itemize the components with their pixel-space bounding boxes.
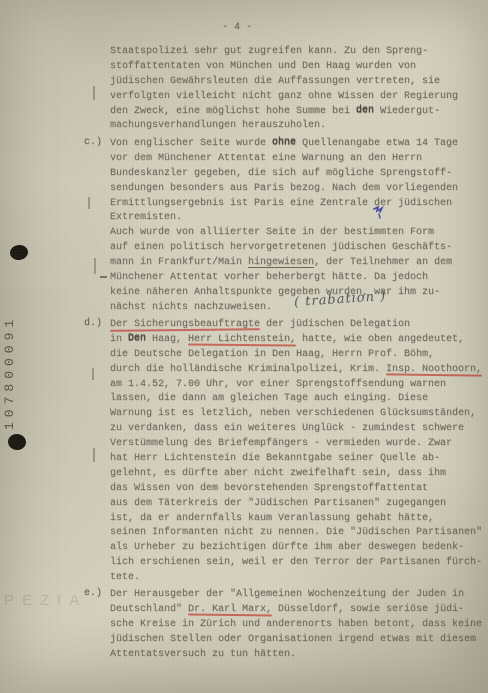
paragraph-e: Der Herausgeber der "Allgemeinen Wochenz… [110, 588, 482, 662]
text-line: Ermittlungsergebnis ist Paris eine Zentr… [110, 197, 458, 212]
text-line: nächst nichts nachzuweisen. [110, 301, 458, 316]
text-line: mann in Frankfurt/Main hingewiesen, der … [110, 256, 458, 271]
text-line: Extremisten. [110, 211, 458, 226]
text-line: Staatspolizei sehr gut zugreifen kann. Z… [110, 45, 458, 60]
pencil-underline-hingewiesen [248, 267, 314, 268]
embossed-watermark: PEZIA [4, 592, 87, 609]
bold-word-den: den [356, 105, 374, 116]
text-line: lassen, die dann am gleichen Tage auch e… [110, 392, 482, 407]
paragraph-label-d: d.) [84, 318, 102, 329]
text-line: verfolgten vielleicht nicht ganz ohne Wi… [110, 90, 458, 105]
paragraph-intro: Staatspolizei sehr gut zugreifen kann. Z… [110, 45, 458, 134]
margin-tick [88, 197, 90, 209]
text-line: Auch wurde von alliierter Seite in der b… [110, 226, 458, 241]
text-line: am 1.4.52, 7.00 Uhr, vor einer Sprengsto… [110, 378, 482, 393]
text-line: seinen Informanten nicht zu nennen. Die … [110, 526, 482, 541]
text-line: machungsverhandlungen herauszuholen. [110, 119, 458, 134]
text-line: die Deutsche Delegation in Den Haag, Her… [110, 348, 482, 363]
text-line: Deutschland" Dr. Karl Marx, Düsseldorf, … [110, 603, 482, 618]
bold-word-ohne: ohne [272, 137, 296, 148]
text-line: in Den Haag, Herr Lichtenstein, hatte, w… [110, 333, 482, 348]
document-page: - 4 - Staatspolizei sehr gut zugreifen k… [0, 0, 488, 693]
text-line: hat Herr Lichtenstein die Bekanntgabe se… [110, 452, 482, 467]
margin-tick [93, 448, 95, 462]
text-line: sendungen besonders aus Paris bezog. Nac… [110, 182, 458, 197]
paragraph-d: Der Sicherungsbeauftragte der jüdischen … [110, 318, 482, 586]
margin-tick [94, 258, 96, 274]
punch-hole-top [9, 244, 29, 261]
text-line: zu verdanken, dass ein weiteres Unglück … [110, 422, 482, 437]
text-line: auf einen politisch hervorgetretenen jüd… [110, 241, 458, 256]
text-line: jüdischen Gewährsleuten die Auffassungen… [110, 75, 458, 90]
margin-tick [92, 368, 94, 380]
bold-word-Den: Den [128, 333, 146, 344]
text-line: den Zweck, eine möglichst hohe Summe bei… [110, 105, 458, 120]
text-line: tete. [110, 571, 482, 586]
margin-tick [93, 86, 95, 100]
text-line: Der Herausgeber der "Allgemeinen Wochenz… [110, 588, 482, 603]
paragraph-c: Von englischer Seite wurde ohne Quellena… [110, 137, 458, 316]
blue-pencil-mark [372, 205, 388, 221]
text-line: als Urheber zu bezichtigen dürfte ihm ab… [110, 541, 482, 556]
text-line: Bundeskanzler gegeben, die sich auf mögl… [110, 167, 458, 182]
text-line: vor dem Münchener Attentat eine Warnung … [110, 152, 458, 167]
text-line: lich erschienen sein, weil er den Terror… [110, 556, 482, 571]
text-line: gelehnt, es dürfte aber nicht zweifelhaf… [110, 467, 482, 482]
archive-stamp-number: 107800091 [2, 260, 22, 430]
text-line: stoffattentaten von München und Den Haag… [110, 60, 458, 75]
text-line: das Wissen von dem bevorstehenden Spreng… [110, 482, 482, 497]
text-line: Verstümmelung des Briefempfängers - verm… [110, 437, 482, 452]
paragraph-label-c: c.) [84, 137, 102, 148]
text-line: Münchener Attentat vorher beherbergt hät… [110, 271, 458, 286]
text-line: Warnung ist es letzlich, neben verschied… [110, 407, 482, 422]
text-line: Attentatsversuch zu tun hätten. [110, 648, 482, 663]
text-line: ist, da er andernfalls kaum Veranlassung… [110, 512, 482, 527]
text-line: sche Kreise in Zürich und anderenorts ha… [110, 618, 482, 633]
punch-hole-bottom [7, 433, 27, 451]
text-line: keine näheren Anhaltspunkte gegeben wurd… [110, 286, 458, 301]
margin-dash [100, 276, 107, 278]
text-line: aus dem Täterkreis der "Jüdischen Partis… [110, 497, 482, 512]
page-number: - 4 - [222, 22, 252, 33]
text-line: jüdischen Stellen oder Organisationen ir… [110, 633, 482, 648]
